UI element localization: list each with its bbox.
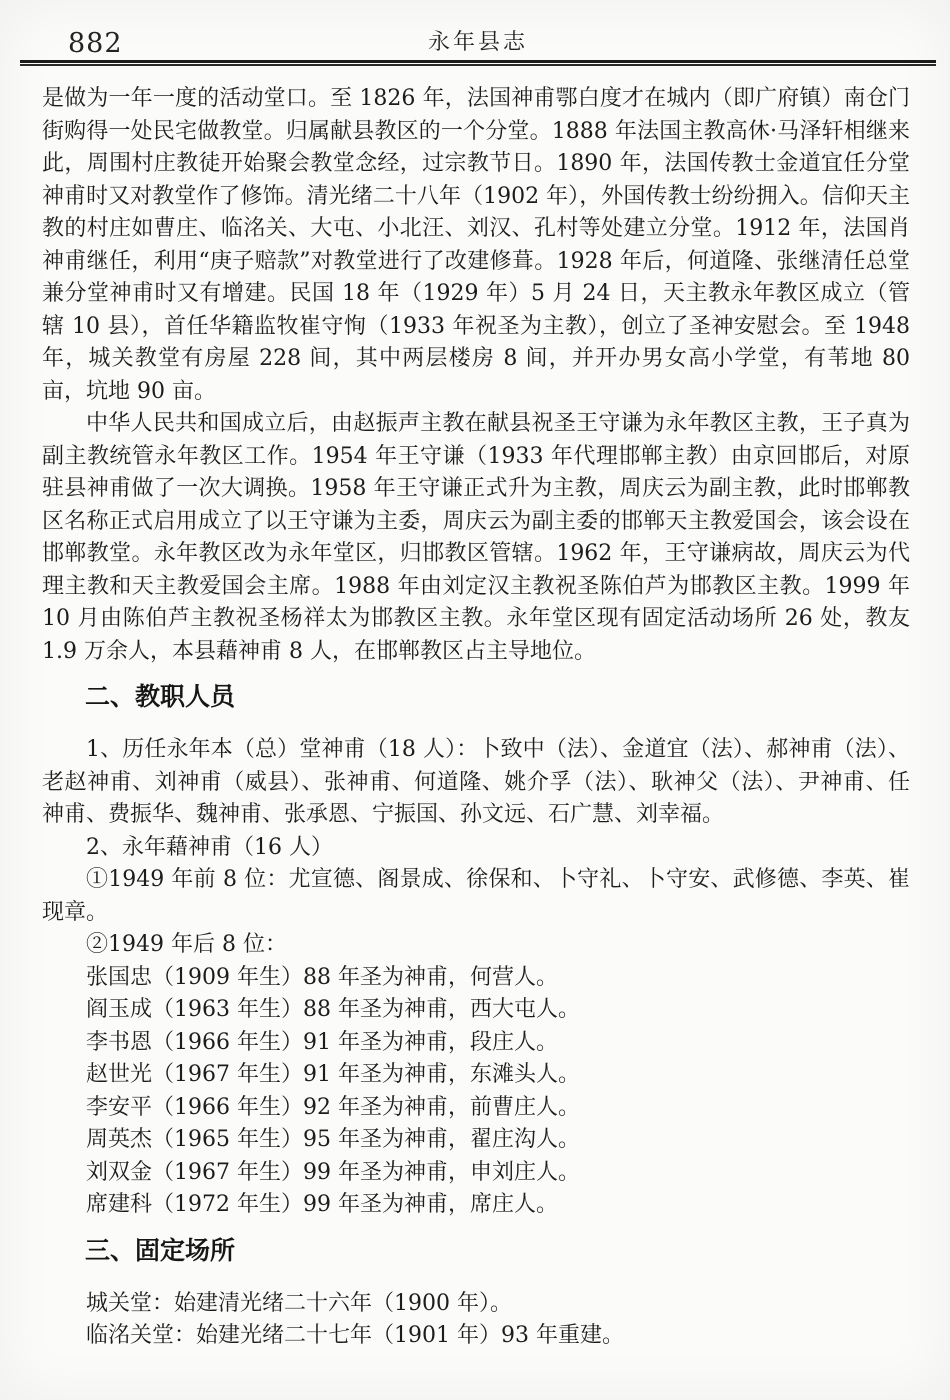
venue-line: 城关堂：始建清光绪二十六年（1900 年）。 [42,1288,910,1321]
page-body: 是做为一年一度的活动堂口。至 1826 年，法国神甫鄂白度才在城内（即广府镇）南… [42,83,910,1353]
section-heading-venues: 三、固定场所 [42,1236,910,1266]
priest-line: 席建科（1972 年生）99 年圣为神甫，席庄人。 [42,1189,910,1222]
paragraph-native-priests-title: 2、永年藉神甫（16 人） [42,832,910,865]
priest-line: 阎玉成（1963 年生）88 年圣为神甫，西大屯人。 [42,994,910,1027]
priest-line: 赵世光（1967 年生）91 年圣为神甫，东滩头人。 [42,1059,910,1092]
running-head: 882 永年县志 [20,0,936,60]
paragraph-after-1949-label: ②1949 年后 8 位： [42,929,910,962]
paragraph-before-1949: ①1949 年前 8 位：尤宣德、阁景成、徐保和、卜守礼、卜守安、武修德、李英、… [42,864,910,929]
priest-line: 李安平（1966 年生）92 年圣为神甫，前曹庄人。 [42,1092,910,1125]
section-heading-clergy: 二、教职人员 [42,682,910,712]
paragraph-past-priests: 1、历任永年本（总）堂神甫（18 人）：卜致中（法）、金道宜（法）、郝神甫（法）… [42,734,910,832]
priest-line: 张国忠（1909 年生）88 年圣为神甫，何营人。 [42,962,910,995]
scanned-book-page: 882 永年县志 是做为一年一度的活动堂口。至 1826 年，法国神甫鄂白度才在… [0,0,950,1400]
book-title: 永年县志 [20,25,936,56]
paragraph-prc-era: 中华人民共和国成立后，由赵振声主教在献县祝圣王守谦为永年教区主教，王子真为副主教… [42,408,910,668]
venue-line: 临洺关堂：始建光绪二十七年（1901 年）93 年重建。 [42,1320,910,1353]
priest-line: 刘双金（1967 年生）99 年圣为神甫，申刘庄人。 [42,1157,910,1190]
header-double-rule [20,60,936,66]
priest-line: 周英杰（1965 年生）95 年圣为神甫，翟庄沟人。 [42,1124,910,1157]
paragraph-intro: 是做为一年一度的活动堂口。至 1826 年，法国神甫鄂白度才在城内（即广府镇）南… [42,83,910,408]
priest-line: 李书恩（1966 年生）91 年圣为神甫，段庄人。 [42,1027,910,1060]
